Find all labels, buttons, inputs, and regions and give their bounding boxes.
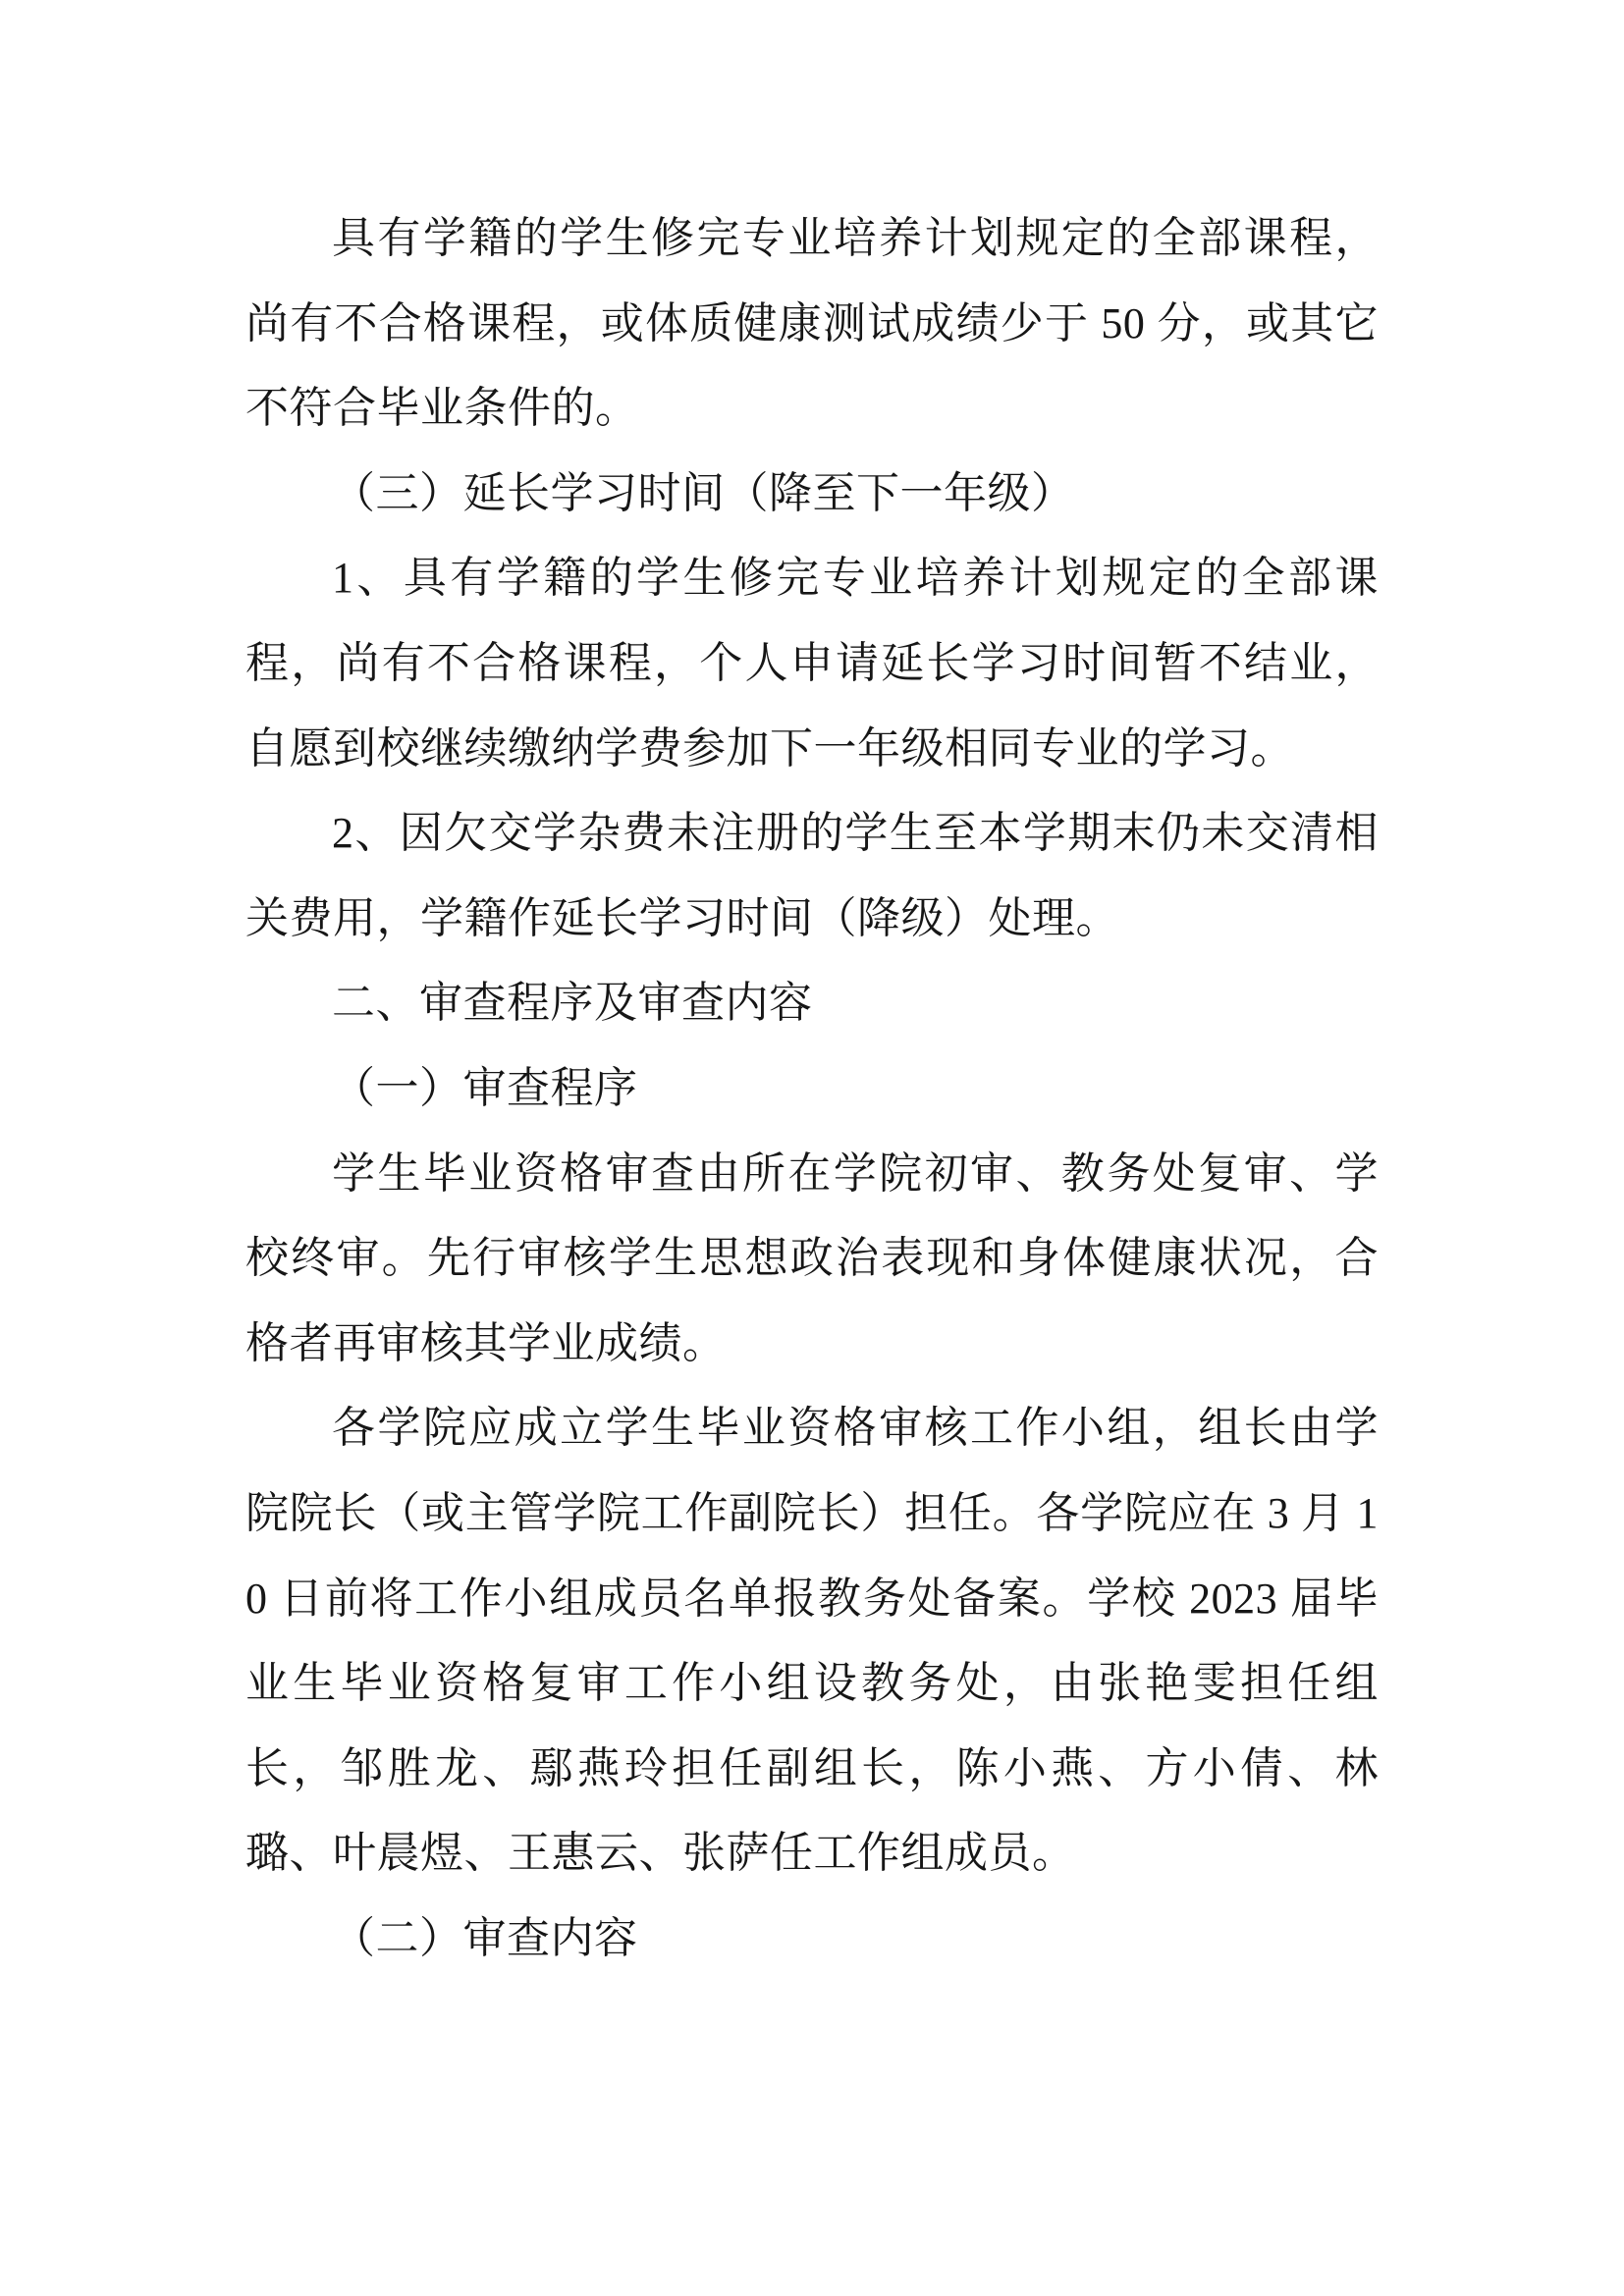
para-review-workgroup-members: 各学院应成立学生毕业资格审核工作小组，组长由学院院长（或主管学院工作副院长）担任… [245,1386,1379,1896]
heading-2-2-review-content: （二）审查内容 [245,1896,1379,1982]
para-item-1-voluntary-extension: 1、具有学籍的学生修完专业培养计划规定的全部课程，尚有不合格课程，个人申请延长学… [245,536,1379,791]
para-item-2-unpaid-fees-demotion: 2、因欠交学杂费未注册的学生至本学期末仍未交清相关费用，学籍作延长学习时间（降级… [245,791,1379,961]
heading-section-3-extend-study-time: （三）延长学习时间（降至下一年级） [245,452,1379,537]
document-body: 具有学籍的学生修完专业培养计划规定的全部课程，尚有不合格课程，或体质健康测试成绩… [245,196,1379,1981]
document-page: 具有学籍的学生修完专业培养计划规定的全部课程，尚有不合格课程，或体质健康测试成绩… [0,0,1624,2296]
para-incomplete-graduation-conditions: 具有学籍的学生修完专业培养计划规定的全部课程，尚有不合格课程，或体质健康测试成绩… [245,196,1379,452]
para-review-process-levels: 学生毕业资格审查由所在学院初审、教务处复审、学校终审。先行审核学生思想政治表现和… [245,1132,1379,1387]
heading-2-1-review-procedure: （一）审查程序 [245,1046,1379,1132]
heading-2-review-procedure-and-content: 二、审查程序及审查内容 [245,961,1379,1046]
